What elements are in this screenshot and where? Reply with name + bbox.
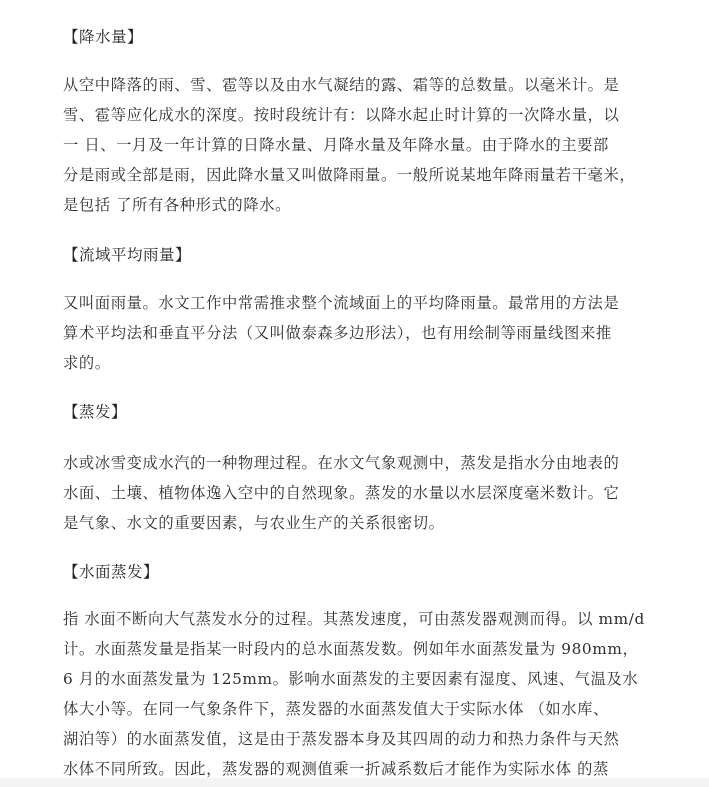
section-body-basin-average-rainfall: 又叫面雨量。水文工作中常需推求整个流域面上的平均降雨量。最常用的方法是 算术平均…	[63, 288, 653, 378]
text-line: 水或冰雪变成水汽的一种物理过程。在水文气象观测中，蒸发是指水分由地表的	[63, 448, 653, 478]
section-heading-evaporation: 【蒸发】	[63, 402, 127, 422]
section-body-evaporation: 水或冰雪变成水汽的一种物理过程。在水文气象观测中，蒸发是指水分由地表的 水面、土…	[63, 448, 653, 538]
text-line: 指 水面不断向大气蒸发水分的过程。其蒸发速度，可由蒸发器观测而得。以 mm/d	[63, 604, 653, 634]
text-line: 是气象、水文的重要因素，与农业生产的关系很密切。	[63, 508, 653, 538]
text-line: 计。水面蒸发量是指某一时段内的总水面蒸发数。例如年水面蒸发量为 980mm，	[63, 634, 653, 664]
section-heading-precipitation: 【降水量】	[63, 27, 143, 47]
text-line: 是包括 了所有各种形式的降水。	[63, 190, 653, 220]
text-line: 一 日、一月及一年计算的日降水量、月降水量及年降水量。由于降水的主要部	[63, 130, 653, 160]
page-bottom-edge	[0, 778, 709, 787]
text-line: 湖泊等）的水面蒸发值，这是由于蒸发器本身及其四周的动力和热力条件与天然	[63, 724, 653, 754]
text-line: 分是雨或全部是雨，因此降水量又叫做降雨量。一般所说某地年降雨量若干毫米，	[63, 160, 653, 190]
section-body-precipitation: 从空中降落的雨、雪、雹等以及由水气凝结的露、霜等的总数量。以毫米计。是 雪、雹等…	[63, 70, 653, 220]
text-line: 求的。	[63, 348, 653, 378]
section-body-water-surface-evaporation: 指 水面不断向大气蒸发水分的过程。其蒸发速度，可由蒸发器观测而得。以 mm/d …	[63, 604, 653, 784]
text-line: 6 月的水面蒸发量为 125mm。影响水面蒸发的主要因素有湿度、风速、气温及水	[63, 664, 653, 694]
text-line: 又叫面雨量。水文工作中常需推求整个流域面上的平均降雨量。最常用的方法是	[63, 288, 653, 318]
text-line: 从空中降落的雨、雪、雹等以及由水气凝结的露、霜等的总数量。以毫米计。是	[63, 70, 653, 100]
section-heading-basin-average-rainfall: 【流域平均雨量】	[63, 245, 191, 265]
text-line: 体大小等。在同一气象条件下，蒸发器的水面蒸发值大于实际水体 （如水库、	[63, 694, 653, 724]
section-heading-water-surface-evaporation: 【水面蒸发】	[63, 562, 159, 582]
text-line: 算术平均法和垂直平分法（又叫做泰森多边形法），也有用绘制等雨量线图来推	[63, 318, 653, 348]
text-line: 水面、土壤、植物体逸入空中的自然现象。蒸发的水量以水层深度毫米数计。它	[63, 478, 653, 508]
text-line: 雪、雹等应化成水的深度。按时段统计有：以降水起止时计算的一次降水量，以	[63, 100, 653, 130]
